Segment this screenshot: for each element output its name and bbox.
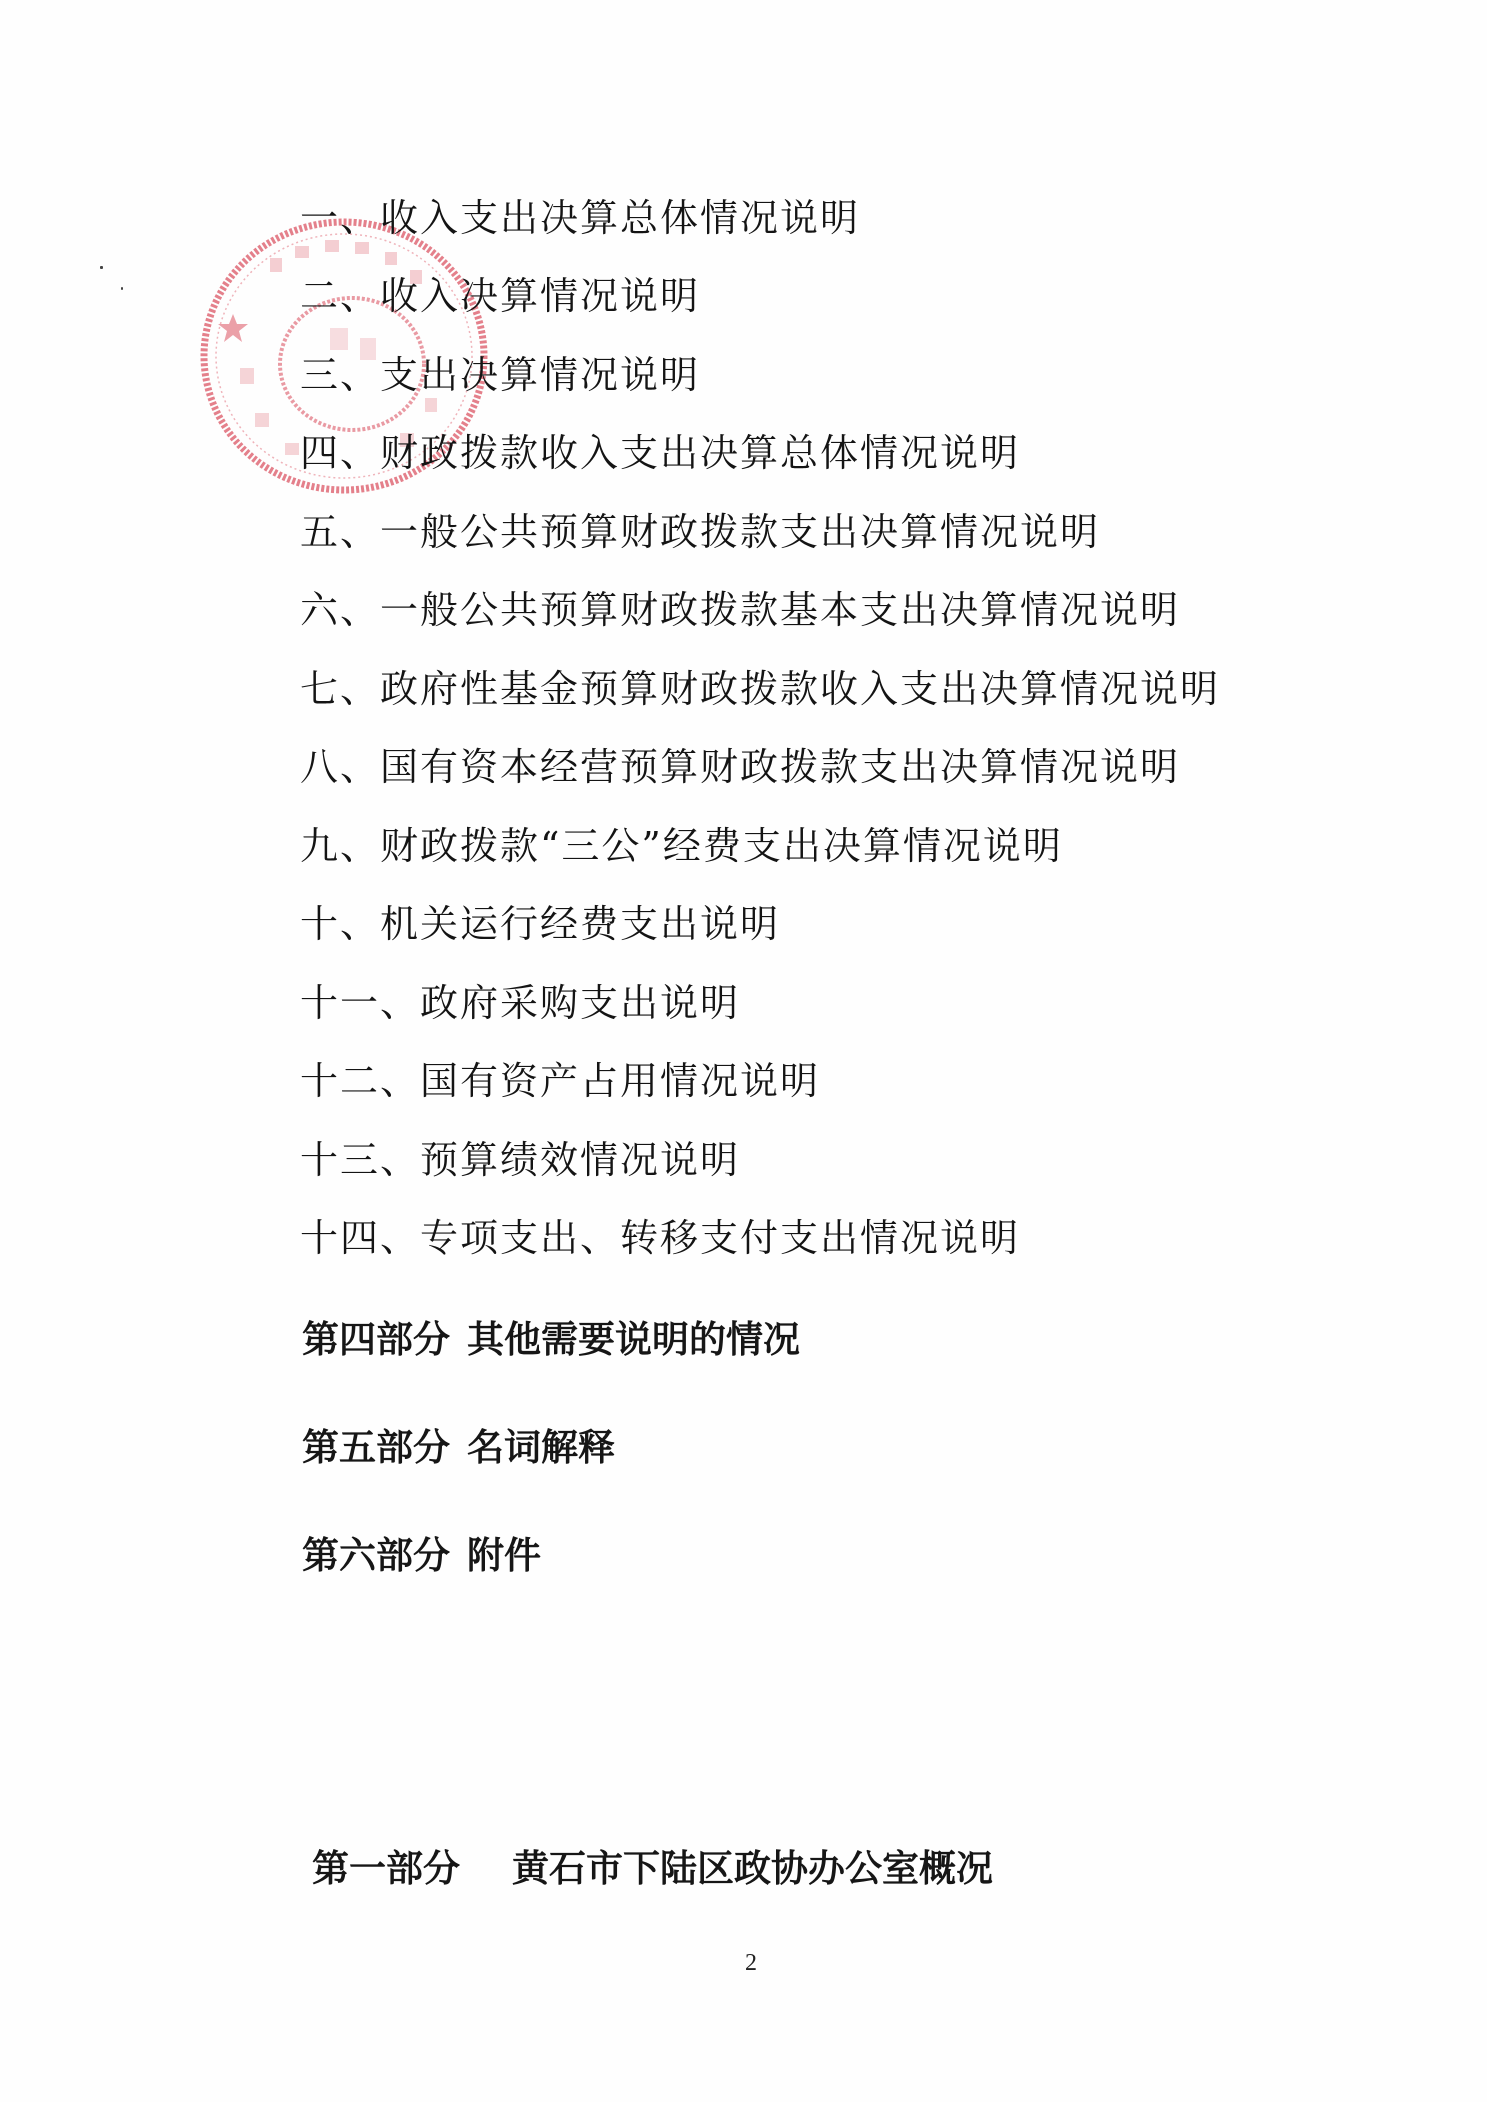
toc-item-6: 六、一般公共预算财政拨款基本支出决算情况说明 <box>300 586 1180 634</box>
scan-speck <box>121 287 123 290</box>
part-title: 名词解释 <box>467 1426 615 1469</box>
toc-item-5: 五、一般公共预算财政拨款支出决算情况说明 <box>300 508 1100 556</box>
section-title: 黄石市下陆区政协办公室概况 <box>512 1847 993 1890</box>
toc-item-8: 八、国有资本经营预算财政拨款支出决算情况说明 <box>300 743 1180 791</box>
part-number: 第四部分 <box>302 1316 467 1364</box>
part-heading-6: 第六部分附件 <box>302 1532 541 1580</box>
toc-item-3: 三、支出决算情况说明 <box>300 351 700 399</box>
part-heading-4: 第四部分其他需要说明的情况 <box>302 1316 800 1364</box>
toc-item-11: 十一、政府采购支出说明 <box>300 979 740 1027</box>
part-title: 附件 <box>467 1534 541 1577</box>
part-heading-5: 第五部分名词解释 <box>302 1424 615 1472</box>
part-number: 第六部分 <box>302 1532 467 1580</box>
toc-item-13: 十三、预算绩效情况说明 <box>300 1136 740 1184</box>
toc-item-10: 十、机关运行经费支出说明 <box>300 900 780 948</box>
toc-item-7: 七、政府性基金预算财政拨款收入支出决算情况说明 <box>300 665 1220 713</box>
part-number: 第五部分 <box>302 1424 467 1472</box>
toc-item-1: 一、收入支出决算总体情况说明 <box>300 194 860 242</box>
page-number: 2 <box>736 1950 766 1977</box>
toc-item-4: 四、财政拨款收入支出决算总体情况说明 <box>300 429 1020 477</box>
part-title: 其他需要说明的情况 <box>467 1318 800 1361</box>
section-heading: 第一部分黄石市下陆区政协办公室概况 <box>312 1845 993 1893</box>
document-page: 一、收入支出决算总体情况说明 二、收入决算情况说明 三、支出决算情况说明 四、财… <box>0 0 1487 2102</box>
toc-item-9: 九、财政拨款“三公”经费支出决算情况说明 <box>300 822 1063 870</box>
toc-item-12: 十二、国有资产占用情况说明 <box>300 1057 820 1105</box>
toc-item-14: 十四、专项支出、转移支付支出情况说明 <box>300 1214 1020 1262</box>
section-number: 第一部分 <box>312 1845 512 1893</box>
toc-item-2: 二、收入决算情况说明 <box>300 272 700 320</box>
scan-speck <box>100 266 103 269</box>
